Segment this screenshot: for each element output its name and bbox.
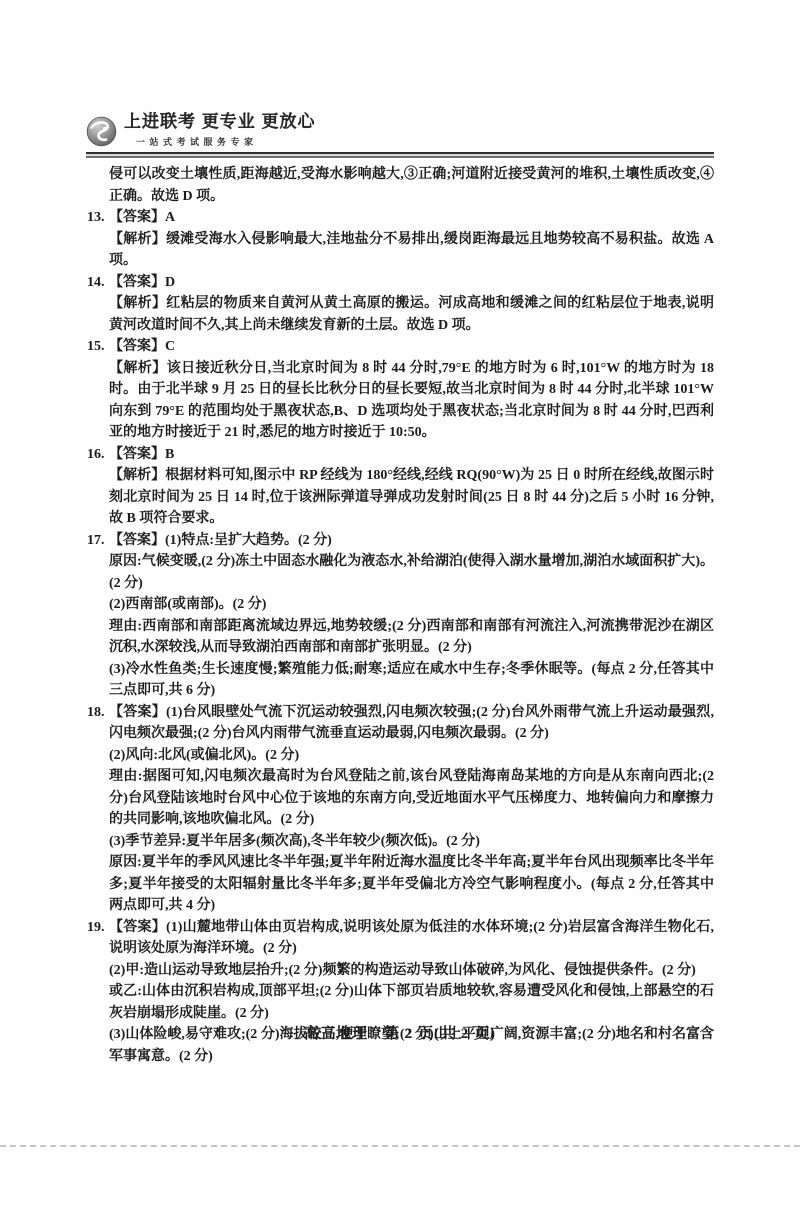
answer-paragraph: 【答案】(1)山麓地带山体由页岩构成,说明该处原为低洼的水体环境;(2 分)岩层… — [109, 917, 714, 960]
brand-header: 上进联考 更专业 更放心 一站式考试服务专家 — [86, 112, 315, 148]
answer-item-17: 17. 【答案】(1)特点:呈扩大趋势。(2 分) 原因:气候变暖,(2 分)冻… — [87, 530, 714, 702]
answer-paragraph: (3)季节差异:夏半年居多(频次高),冬半年较少(频次低)。(2 分) — [109, 831, 714, 853]
question-number-17: 17. — [87, 530, 105, 552]
answer-paragraph: 【答案】B — [109, 444, 714, 466]
answer-item-13: 13. 【答案】A 【解析】缓滩受海水入侵影响最大,洼地盐分不易排出,缓岗距海最… — [87, 207, 714, 272]
question-number-13: 13. — [87, 207, 105, 229]
answer-item-14: 14. 【答案】D 【解析】红粘层的物质来自黄河从黄土高原的搬运。河成高地和缓滩… — [87, 272, 714, 337]
question-number-18: 18. — [87, 702, 105, 724]
answer-paragraph: (2)甲:造山运动导致地层抬升;(2 分)频繁的构造运动导致山体破碎,为风化、侵… — [109, 960, 714, 982]
answer-paragraph: 【答案】(1)台风眼壁处气流下沉运动较强烈,闪电频次较强;(2 分)台风外雨带气… — [109, 702, 714, 745]
answer-paragraph: 原因:气候变暖,(2 分)冻土中固态水融化为液态水,补给湖泊(使得入湖水量增加,… — [109, 551, 714, 594]
continuation-paragraph: 侵可以改变土壤性质,距海越近,受海水影响越大,③正确;河道附近接受黄河的堆积,土… — [87, 164, 714, 207]
answer-paragraph: (2)风向:北风(或偏北风)。(2 分) — [109, 745, 714, 767]
analysis-paragraph: 【解析】缓滩受海水入侵影响最大,洼地盐分不易排出,缓岗距海最远且地势较高不易积盐… — [109, 229, 714, 272]
answer-paragraph: 或乙:山体由沉积岩构成,顶部平坦;(2 分)山体下部页岩质地较软,容易遭受风化和… — [109, 981, 714, 1024]
footer-course-label: 高三地理 — [304, 1026, 368, 1042]
footer-page-info: 第 2 页(共 2 页) — [384, 1026, 496, 1042]
page-edge-line — [0, 1145, 800, 1147]
page-footer: 高三地理第 2 页(共 2 页) — [0, 1022, 800, 1043]
answer-content: 侵可以改变土壤性质,距海越近,受海水影响越大,③正确;河道附近接受黄河的堆积,土… — [87, 164, 714, 1067]
brand-text-block: 上进联考 更专业 更放心 一站式考试服务专家 — [124, 112, 315, 148]
answer-paragraph: 理由:西南部和南部距离流域边界远,地势较缓;(2 分)西南部和南部有河流注入,河… — [109, 616, 714, 659]
answer-paragraph: (3)冷水性鱼类;生长速度慢;繁殖能力低;耐寒;适应在咸水中生存;冬季休眠等。(… — [109, 659, 714, 702]
answer-paragraph: 【答案】D — [109, 272, 714, 294]
answer-paragraph: 原因:夏半年的季风风速比冬半年强;夏半年附近海水温度比冬半年高;夏半年台风出现频… — [109, 852, 714, 917]
answer-item-19: 19. 【答案】(1)山麓地带山体由页岩构成,说明该处原为低洼的水体环境;(2 … — [87, 917, 714, 1068]
question-number-15: 15. — [87, 336, 105, 358]
answer-item-15: 15. 【答案】C 【解析】该日接近秋分日,当北京时间为 8 时 44 分时,7… — [87, 336, 714, 444]
question-number-16: 16. — [87, 444, 105, 466]
answer-paragraph: 【答案】(1)特点:呈扩大趋势。(2 分) — [109, 530, 714, 552]
brand-title: 上进联考 更专业 更放心 — [124, 112, 315, 132]
analysis-paragraph: 【解析】根据材料可知,图示中 RP 经线为 180°经线,经线 RQ(90°W)… — [109, 465, 714, 530]
answer-paragraph: 理由:据图可知,闪电频次最高时为台风登陆之前,该台风登陆海南岛某地的方向是从东南… — [109, 766, 714, 831]
exam-answer-page: 上进联考 更专业 更放心 一站式考试服务专家 侵可以改变土壤性质,距海越近,受海… — [0, 0, 800, 1208]
answer-paragraph: 【答案】A — [109, 207, 714, 229]
brand-swirl-logo-icon — [86, 116, 117, 147]
answer-item-18: 18. 【答案】(1)台风眼壁处气流下沉运动较强烈,闪电频次较强;(2 分)台风… — [87, 702, 714, 917]
brand-subtitle: 一站式考试服务专家 — [124, 135, 315, 148]
header-divider — [86, 152, 714, 158]
analysis-paragraph: 【解析】红粘层的物质来自黄河从黄土高原的搬运。河成高地和缓滩之间的红粘层位于地表… — [109, 293, 714, 336]
answer-paragraph: 【答案】C — [109, 336, 714, 358]
question-number-19: 19. — [87, 917, 105, 939]
question-number-14: 14. — [87, 272, 105, 294]
answer-item-16: 16. 【答案】B 【解析】根据材料可知,图示中 RP 经线为 180°经线,经… — [87, 444, 714, 530]
analysis-paragraph: 【解析】该日接近秋分日,当北京时间为 8 时 44 分时,79°E 的地方时为 … — [109, 358, 714, 444]
answer-paragraph: (2)西南部(或南部)。(2 分) — [109, 594, 714, 616]
